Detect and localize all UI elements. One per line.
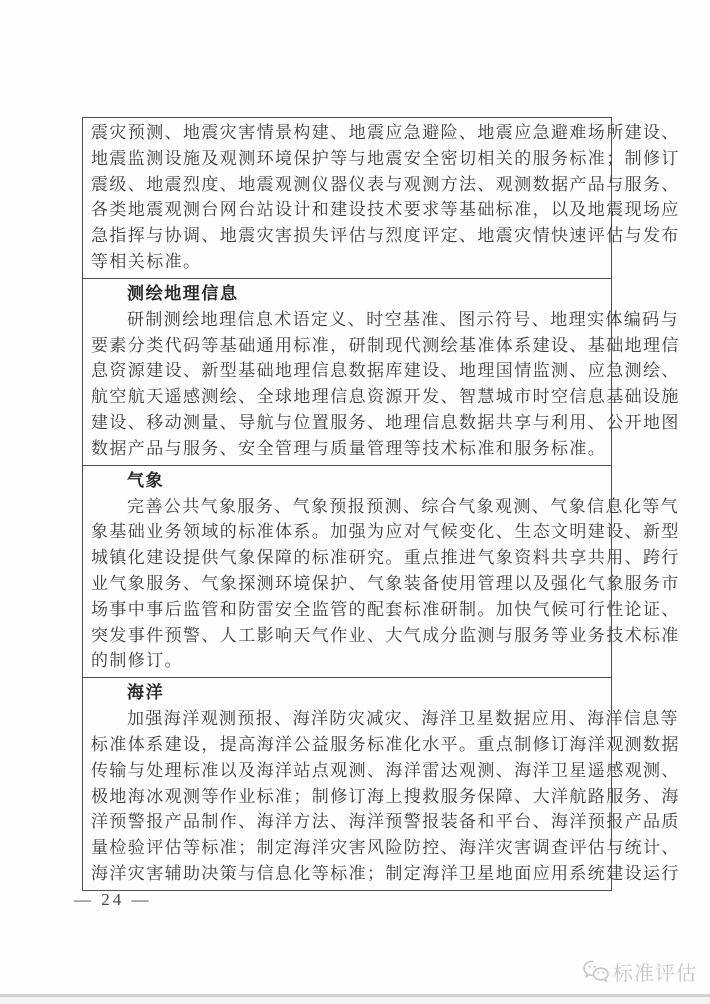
text-line: 震灾预测、地震灾害情景构建、地震应急避险、地震应急避难场所建设、: [91, 120, 605, 146]
text-line: 建设、移动测量、导航与位置服务、地理信息数据共享与利用、公开地图: [91, 410, 605, 436]
section-earthquake-continued: 震灾预测、地震灾害情景构建、地震应急避险、地震应急避难场所建设、 地震监测设施及…: [83, 118, 611, 278]
text-line: 城镇化建设提供气象保障的标准研究。重点推进气象资料共享共用、跨行: [91, 545, 605, 571]
text-line: 各类地震观测台网台站设计和建设技术要求等基础标准，以及地震现场应: [91, 197, 605, 223]
text-line: 的制修订。: [91, 648, 605, 674]
text-line: 等相关标准。: [91, 249, 605, 275]
section-heading: 气象: [91, 468, 605, 494]
section-heading: 测绘地理信息: [91, 281, 605, 307]
text-line: 航空航天遥感测绘、全球地理信息资源开发、智慧城市时空信息基础设施: [91, 384, 605, 410]
document-page: 震灾预测、地震灾害情景构建、地震应急避险、地震应急避难场所建设、 地震监测设施及…: [0, 0, 710, 1004]
wechat-icon: [582, 959, 610, 984]
text-line: 标准体系建设，提高海洋公益服务标准化水平。重点制修订海洋观测数据: [91, 732, 605, 758]
section-ocean: 海洋 加强海洋观测预报、海洋防灾减灾、海洋卫星数据应用、海洋信息等 标准体系建设…: [83, 677, 611, 890]
text-line: 研制测绘地理信息术语定义、时空基准、图示符号、地理实体编码与: [91, 307, 605, 333]
text-line: 极地海冰观测等作业标准；制修订海上搜救服务保障、大洋航路服务、海: [91, 784, 605, 810]
text-line: 加强海洋观测预报、海洋防灾减灾、海洋卫星数据应用、海洋信息等: [91, 706, 605, 732]
text-line: 完善公共气象服务、气象预报预测、综合气象观测、气象信息化等气: [91, 494, 605, 520]
text-line: 急指挥与协调、地震灾害损失评估与烈度评定、地震灾情快速评估与发布: [91, 223, 605, 249]
watermark-label: 标准评估: [613, 957, 697, 986]
text-line: 场事中事后监管和防雷安全监管的配套标准研制。加快气候可行性论证、: [91, 597, 605, 623]
text-line: 息资源建设、新型基础地理信息数据库建设、地理国情监测、应急测绘、: [91, 358, 605, 384]
text-line: 要素分类代码等基础通用标准，研制现代测绘基准体系建设、基础地理信: [91, 333, 605, 359]
section-heading: 海洋: [91, 680, 605, 706]
text-line: 地震监测设施及观测环境保护等与地震安全密切相关的服务标准；制修订: [91, 146, 605, 172]
watermark: 标准评估: [582, 957, 697, 986]
text-line: 洋预警报产品制作、海洋方法、海洋预警报装备和平台、海洋预报产品质: [91, 809, 605, 835]
scan-edge-strip: [0, 997, 710, 1004]
content-table: 震灾预测、地震灾害情景构建、地震应急避险、地震应急避难场所建设、 地震监测设施及…: [82, 117, 612, 891]
page-number: — 24 —: [74, 890, 152, 910]
text-line: 数据产品与服务、安全管理与质量管理等技术标准和服务标准。: [91, 436, 605, 462]
text-line: 海洋灾害辅助决策与信息化等标准；制定海洋卫星地面应用系统建设运行: [91, 861, 605, 887]
section-surveying-mapping: 测绘地理信息 研制测绘地理信息术语定义、时空基准、图示符号、地理实体编码与 要素…: [83, 278, 611, 465]
text-line: 突发事件预警、人工影响天气作业、大气成分监测与服务等业务技术标准: [91, 623, 605, 649]
text-line: 象基础业务领域的标准体系。加强为应对气候变化、生态文明建设、新型: [91, 519, 605, 545]
section-meteorology: 气象 完善公共气象服务、气象预报预测、综合气象观测、气象信息化等气 象基础业务领…: [83, 465, 611, 678]
text-line: 传输与处理标准以及海洋站点观测、海洋雷达观测、海洋卫星遥感观测、: [91, 758, 605, 784]
text-line: 量检验评估等标准；制定海洋灾害风险防控、海洋灾害调查评估与统计、: [91, 835, 605, 861]
text-line: 业气象服务、气象探测环境保护、气象装备使用管理以及强化气象服务市: [91, 571, 605, 597]
text-line: 震级、地震烈度、地震观测仪器仪表与观测方法、观测数据产品与服务、: [91, 172, 605, 198]
